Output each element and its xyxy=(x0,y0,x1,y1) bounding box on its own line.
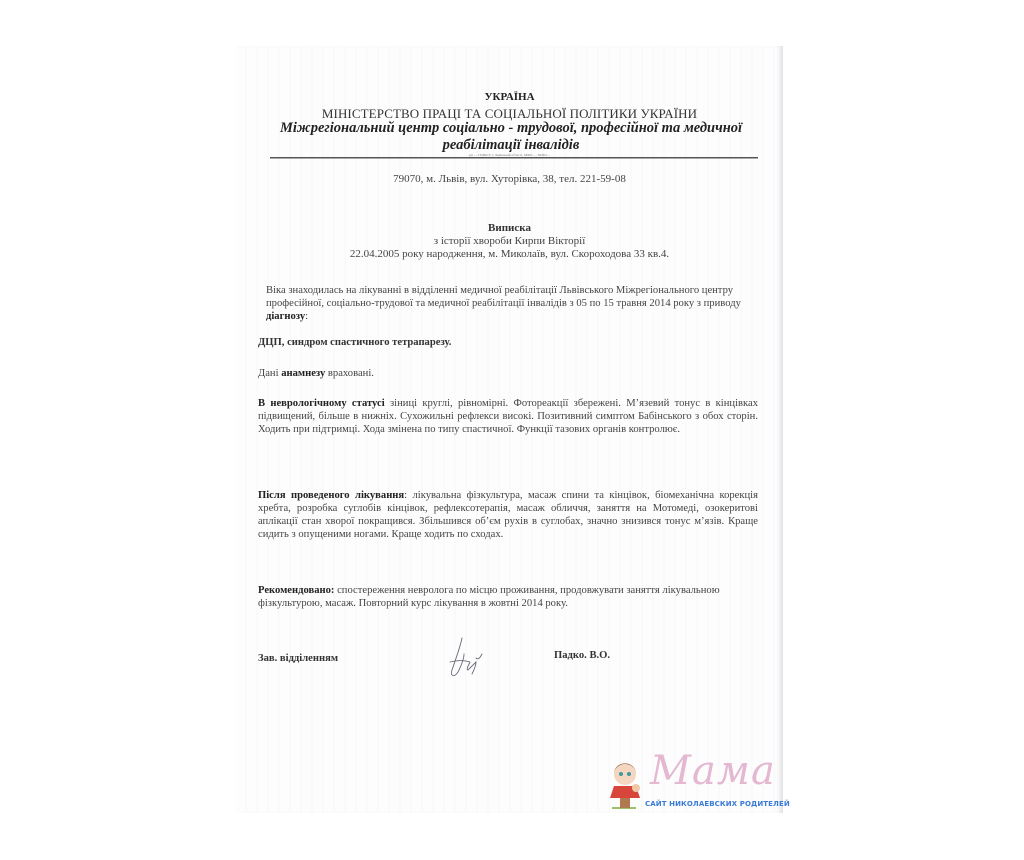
intro-bold: діагнозу xyxy=(266,311,305,322)
handwritten-signature-icon xyxy=(442,636,488,682)
neuro-status-paragraph: В неврологічному статусі зіниці круглі, … xyxy=(258,397,758,436)
organization-line-2: реабілітації інвалідів xyxy=(256,137,766,154)
document-country: УКРАЇНА xyxy=(236,91,783,103)
treatment-paragraph: Після проведеного лікування: лікувальна … xyxy=(258,489,758,541)
header-divider-shadow xyxy=(270,158,758,159)
document-title: Виписка xyxy=(236,222,783,234)
anamnesis-pre: Дані xyxy=(258,368,281,379)
patient-birth-address: 22.04.2005 року народження, м. Миколаїв,… xyxy=(236,248,783,260)
neuro-status-bold: В неврологічному статусі xyxy=(258,398,385,409)
signature-label: Зав. відділенням xyxy=(258,653,338,664)
treatment-bold: Після проведеного лікування xyxy=(258,490,404,501)
document-address: 79070, м. Львів, вул. Хуторівка, 38, тел… xyxy=(236,173,783,185)
diagnosis: ДЦП, синдром спастичного тетрапарезу. xyxy=(258,337,451,348)
watermark-word: Мама xyxy=(650,748,776,794)
anamnesis-post: враховані. xyxy=(325,368,374,379)
document-subtitle: з історії хвороби Кирпи Вікторії xyxy=(236,235,783,247)
intro-text: Віка знаходилась на лікуванні в відділен… xyxy=(266,285,741,309)
intro-tail: : xyxy=(305,311,308,322)
anamnesis-paragraph: Дані анамнезу враховані. xyxy=(258,367,758,380)
signer-name: Падко. В.О. xyxy=(554,650,610,661)
anamnesis-bold: анамнезу xyxy=(281,368,325,379)
document-organization: Міжрегіональний центр соціально - трудов… xyxy=(256,120,766,154)
scanned-document-page: УКРАЇНА МІНІСТЕРСТВО ПРАЦІ ТА СОЦІАЛЬНОЇ… xyxy=(236,46,783,813)
organization-line-1: Міжрегіональний центр соціально - трудов… xyxy=(256,120,766,137)
intro-paragraph: Віка знаходилась на лікуванні в відділен… xyxy=(266,284,760,323)
recommendation-bold: Рекомендовано: xyxy=(258,585,334,596)
recommendation-paragraph: Рекомендовано: спостереження невролога п… xyxy=(258,584,758,610)
watermark-tagline: САЙТ НИКОЛАЕВСКИХ РОДИТЕЛЕЙ xyxy=(645,800,790,808)
